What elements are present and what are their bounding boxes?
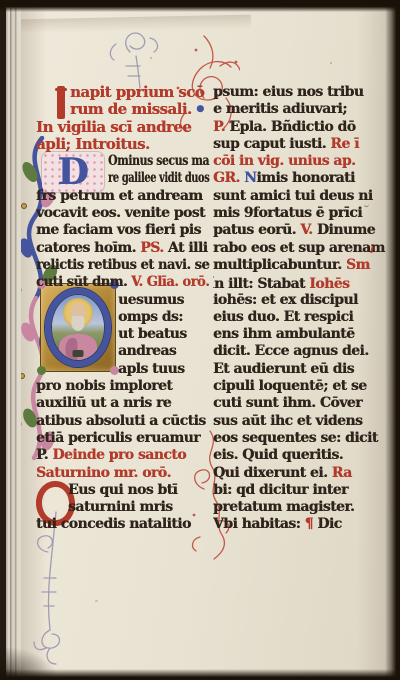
text-line: rabo eos et sup arenam <box>213 240 391 257</box>
stacked-page-edges <box>6 0 21 680</box>
text-line: pretatum magister. <box>213 499 391 516</box>
text-line: vocavit eos. venite post <box>36 205 209 222</box>
text-line: apli; Introitus. <box>36 136 209 153</box>
text-line: ens ihm ambulantē <box>213 326 391 343</box>
text-line: cuti sunt ihm. Cōver <box>213 395 391 412</box>
text-line: atibus absoluti a cūctis <box>36 413 209 430</box>
corner-shadow <box>0 646 60 680</box>
photo-bottom-edge <box>0 669 400 680</box>
text-line: uesumus <box>118 292 209 309</box>
text-line: mis 9fortatus ē prīci <box>213 205 391 222</box>
stain-speck <box>330 62 332 64</box>
text-line: iohēs: et ex discipul <box>213 292 391 309</box>
text-line: psum: eius nos tribu <box>213 84 391 101</box>
text-line: napit pprium scō <box>70 84 209 101</box>
text-line: frs petrum et andream <box>36 188 209 205</box>
text-line: Ominus secus ma <box>108 153 187 170</box>
text-line: sup caput iusti. Re ī <box>213 136 391 153</box>
margin-mark-grey <box>364 201 369 207</box>
stain-speck <box>150 57 152 59</box>
text-line: multiplicabuntur. Sm <box>213 257 391 274</box>
text-line: In vigilia scī andree <box>36 119 209 136</box>
text-line: Et audierunt eū dis <box>213 361 391 378</box>
text-line: pro nobis imploret <box>36 378 209 395</box>
text-line: e meritis adiuvari; <box>213 101 391 118</box>
text-line: tui concedis natalitio <box>36 516 209 533</box>
text-line: Qui dixerunt ei. Ra <box>213 465 391 482</box>
manuscript-photo: D napit pprium scōrum de missali. ●In vi… <box>0 0 400 680</box>
text-line: sus aūt ihc et videns <box>213 413 391 430</box>
left-column: napit pprium scōrum de missali. ●In vigi… <box>36 84 210 536</box>
text-line: omps ds: <box>118 309 209 326</box>
text-line: ut beatus <box>118 326 209 343</box>
text-line: eis. Quid queritis. <box>213 447 391 464</box>
text-line: bi: qd dicitur inter <box>213 482 391 499</box>
text-line: In illt: Stabat Iohēs <box>213 274 391 291</box>
right-column: psum: eius nos tribue meritis adiuvari;P… <box>213 84 392 536</box>
text-line: saturnini mris <box>68 499 209 516</box>
text-line: P. Deinde pro sancto <box>36 447 209 464</box>
text-line: rum de missali. ● <box>70 101 209 118</box>
text-line: relictis retibus et navi. se <box>36 257 198 274</box>
text-line: auxiliū ut a nris re <box>36 395 209 412</box>
text-line: Eus qui nos btī <box>68 482 209 499</box>
text-line: GR. Nimis honorati <box>213 170 391 187</box>
text-line: andreas <box>118 343 209 360</box>
penwork-top-left-icon <box>104 16 160 90</box>
text-line: me faciam vos fieri pis <box>36 222 209 239</box>
text-line: patus eorū. V. Dinume <box>213 222 391 239</box>
text-line: eos sequentes se: dicit <box>213 430 391 447</box>
text-line: cōi in vig. unius ap. <box>213 153 391 170</box>
text-line: Saturnino mr. orō. <box>36 465 209 482</box>
stain-speck <box>95 600 98 602</box>
text-line: etiā periculis eruamur <box>36 430 209 447</box>
text-line: P. Epla. Bñdictio dō <box>213 119 391 136</box>
text-line: re galilee vidit duos <box>108 170 179 187</box>
text-line: Vbi habitas: ¶ Dic <box>213 516 391 533</box>
text-line: eius duo. Et respici <box>213 309 391 326</box>
photo-right-edge <box>385 0 400 680</box>
text-line: apls tuus <box>118 361 209 378</box>
photo-top-edge <box>0 0 400 12</box>
text-line: cipuli loquentē; et se <box>213 378 391 395</box>
text-line: cuti sūt dnm. V. Glīa. orō. <box>36 274 198 291</box>
text-line: catores hoīm. PS. At illi <box>36 240 209 257</box>
text-line: dicit. Ecce agnus dei. <box>213 343 391 360</box>
